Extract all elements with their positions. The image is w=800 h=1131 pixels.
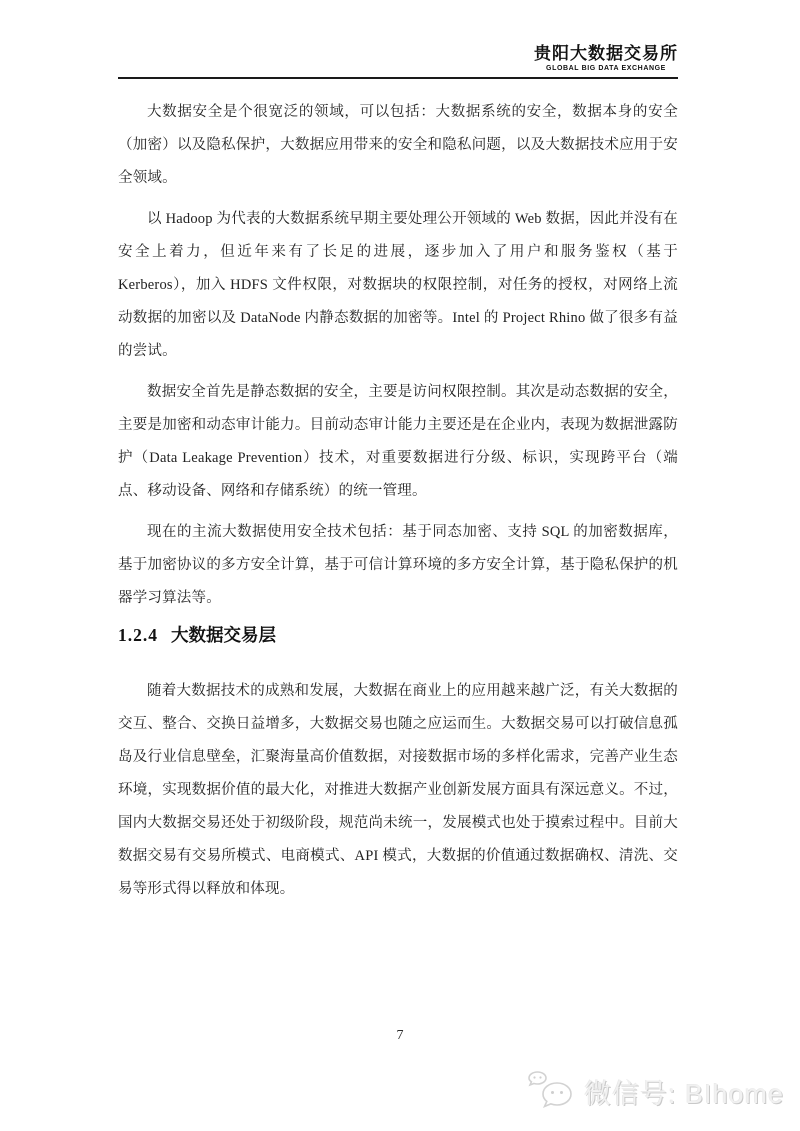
document-body: 大数据安全是个很宽泛的领域，可以包括：大数据系统的安全，数据本身的安全（加密）以…	[118, 96, 678, 914]
wechat-icon	[525, 1070, 575, 1112]
logo-title: 贵阳大数据交易所	[534, 44, 678, 64]
document-page: { "colors": { "header_rule": "#1a1a1a", …	[0, 0, 800, 1131]
wechat-watermark: 微信号: BIhome	[525, 1070, 784, 1112]
paragraph-trading-1: 随着大数据技术的成熟和发展，大数据在商业上的应用越来越广泛，有关大数据的交互、整…	[118, 675, 678, 906]
paragraph-security-1: 大数据安全是个很宽泛的领域，可以包括：大数据系统的安全，数据本身的安全（加密）以…	[118, 96, 678, 195]
header-rule	[118, 77, 678, 79]
page-number: 7	[0, 1028, 800, 1044]
header-logo: 贵阳大数据交易所 GLOBAL BIG DATA EXCHANGE	[534, 44, 678, 73]
paragraph-security-4: 现在的主流大数据使用安全技术包括：基于同态加密、支持 SQL 的加密数据库，基于…	[118, 516, 678, 615]
logo-subtitle: GLOBAL BIG DATA EXCHANGE	[534, 64, 678, 73]
watermark-label: 微信号: BIhome	[584, 1072, 784, 1111]
paragraph-security-3: 数据安全首先是静态数据的安全，主要是访问权限控制。其次是动态数据的安全，主要是加…	[118, 376, 678, 508]
paragraph-security-2: 以 Hadoop 为代表的大数据系统早期主要处理公开领域的 Web 数据，因此并…	[118, 203, 678, 368]
section-heading-number: 1.2.4	[118, 625, 158, 645]
section-heading-title: 大数据交易层	[171, 625, 276, 645]
section-heading: 1.2.4大数据交易层	[118, 623, 678, 647]
